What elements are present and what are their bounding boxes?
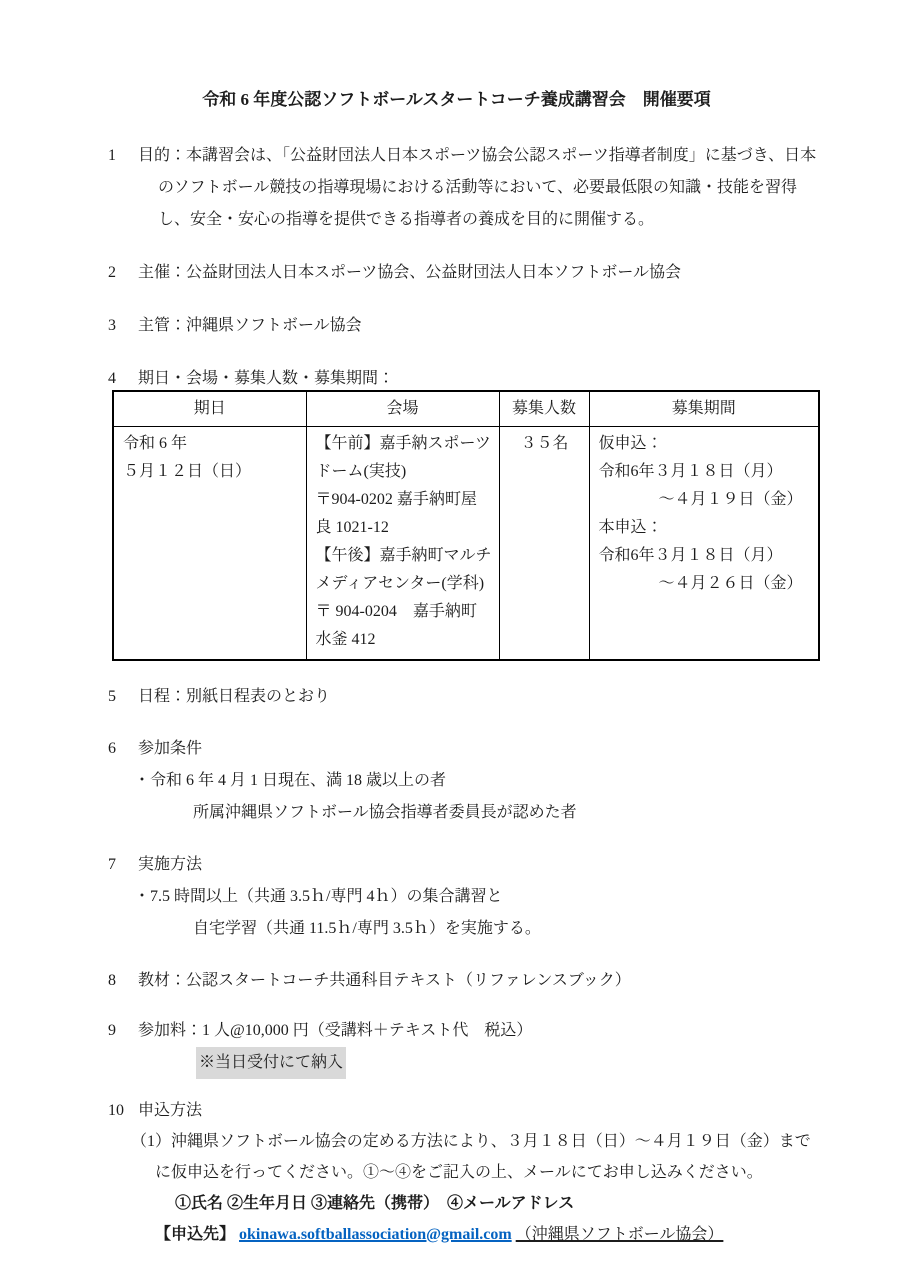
application-para-line-1: 沖縄県ソフトボール協会の定める方法により、３月１８日（日）～４月１９日（金）まで <box>171 1126 825 1157</box>
application-step-1: （1） 沖縄県ソフトボール協会の定める方法により、３月１８日（日）～４月１９日（… <box>131 1126 825 1188</box>
period-line: ～４月１９日（金） <box>599 486 811 514</box>
cell-capacity: ３５名 <box>499 427 589 661</box>
section-method: 7 実施方法 ・7.5 時間以上（共通 3.5ｈ/専門 4ｈ）の集合講習と 自宅… <box>108 849 825 945</box>
schedule-table: 期日 会場 募集人数 募集期間 令和 6 年 ５月１２日（日） 【午前】嘉手納ス… <box>112 390 820 661</box>
materials-text: 教材：公認スタートコーチ共通科目テキスト（リファレンスブック） <box>138 965 825 997</box>
capacity-value: ３５名 <box>509 430 581 458</box>
header-date: 期日 <box>113 391 306 427</box>
host-text: 主催：公益財団法人日本スポーツ協会、公益財団法人日本ソフトボール協会 <box>138 257 825 289</box>
purpose-line-2: のソフトボール競技の指導現場における活動等において、必要最低限の知識・技能を習得 <box>138 172 825 204</box>
section-number: 5 <box>108 681 138 713</box>
period-line: ～４月２６日（金） <box>599 570 811 598</box>
event-info-text: 期日・会場・募集人数・募集期間： <box>138 363 825 395</box>
fee-text: 参加料：1 人@10,000 円（受講料＋テキスト代 税込） <box>138 1015 825 1047</box>
application-email-link[interactable]: okinawa.softballassociation@gmail.com <box>239 1226 512 1243</box>
table-row: 令和 6 年 ５月１２日（日） 【午前】嘉手納スポーツ ドーム(実技) 〒904… <box>113 427 819 661</box>
eligibility-heading: 参加条件 <box>138 733 825 765</box>
venue-line: 〒904-0202 嘉手納町屋 <box>316 486 491 514</box>
header-venue: 会場 <box>306 391 499 427</box>
venue-line: 【午前】嘉手納スポーツ <box>316 430 491 458</box>
eligibility-note: 所属沖縄県ソフトボール協会指導者委員長が認めた者 <box>193 797 825 829</box>
section-number: 8 <box>108 965 138 997</box>
fee-note-highlight: ※当日受付にて納入 <box>196 1047 346 1079</box>
venue-line: ドーム(実技) <box>316 458 491 486</box>
cell-date: 令和 6 年 ５月１２日（日） <box>113 427 306 661</box>
period-line: 本申込： <box>599 514 811 542</box>
application-required-fields: ①氏名 ②生年月日 ③連絡先（携帯） ④メールアドレス <box>175 1188 825 1219</box>
venue-line: 【午後】嘉手納町マルチ <box>316 542 491 570</box>
section-number: 2 <box>108 257 138 289</box>
venue-line: 水釜 412 <box>316 626 491 654</box>
date-line: 令和 6 年 <box>123 430 298 458</box>
section-materials: 8 教材：公認スタートコーチ共通科目テキスト（リファレンスブック） <box>108 965 825 997</box>
document-title: 令和 6 年度公認ソフトボールスタートコーチ養成講習会 開催要項 <box>88 84 825 116</box>
application-apply-to: 【申込先】 okinawa.softballassociation@gmail.… <box>155 1219 825 1250</box>
apply-to-label: 【申込先】 <box>155 1226 235 1243</box>
purpose-line-1: 目的：本講習会は、「公益財団法人日本スポーツ協会公認スポーツ指導者制度」に基づき… <box>138 140 825 172</box>
cell-venue: 【午前】嘉手納スポーツ ドーム(実技) 〒904-0202 嘉手納町屋 良 10… <box>306 427 499 661</box>
application-email-suffix: （沖縄県ソフトボール協会） <box>516 1226 724 1243</box>
section-purpose: 1 目的：本講習会は、「公益財団法人日本スポーツ協会公認スポーツ指導者制度」に基… <box>108 140 825 236</box>
application-para-line-2: に仮申込を行ってください。①～④をご記入の上、メールにてお申し込みください。 <box>155 1157 825 1188</box>
section-application: 10 申込方法 （1） 沖縄県ソフトボール協会の定める方法により、３月１８日（日… <box>108 1095 825 1250</box>
method-bullet: ・7.5 時間以上（共通 3.5ｈ/専門 4ｈ）の集合講習と <box>134 881 825 913</box>
application-heading: 申込方法 <box>138 1095 202 1126</box>
section-fee: 9 参加料：1 人@10,000 円（受講料＋テキスト代 税込） ※当日受付にて… <box>108 1015 825 1079</box>
section-number: 10 <box>108 1095 138 1126</box>
period-line: 令和6年３月１８日（月） <box>599 542 811 570</box>
period-line: 令和6年３月１８日（月） <box>599 458 811 486</box>
section-number: 3 <box>108 310 138 342</box>
period-line: 仮申込： <box>599 430 811 458</box>
section-eligibility: 6 参加条件 ・令和 6 年 4 月 1 日現在、満 18 歳以上の者 所属沖縄… <box>108 733 825 829</box>
section-number: 9 <box>108 1015 138 1079</box>
section-event-info: 4 期日・会場・募集人数・募集期間： <box>108 363 825 395</box>
document-page: 令和 6 年度公認ソフトボールスタートコーチ養成講習会 開催要項 1 目的：本講… <box>0 0 905 1280</box>
method-note: 自宅学習（共通 11.5ｈ/専門 3.5ｈ）を実施する。 <box>193 913 825 945</box>
venue-line: 良 1021-12 <box>316 514 491 542</box>
cell-period: 仮申込： 令和6年３月１８日（月） ～４月１９日（金） 本申込： 令和6年３月１… <box>589 427 819 661</box>
section-number: 1 <box>108 140 138 236</box>
header-period: 募集期間 <box>589 391 819 427</box>
purpose-line-3: し、安全・安心の指導を提供できる指導者の養成を目的に開催する。 <box>138 204 825 236</box>
section-host: 2 主催：公益財団法人日本スポーツ協会、公益財団法人日本ソフトボール協会 <box>108 257 825 289</box>
method-heading: 実施方法 <box>138 849 825 881</box>
itinerary-text: 日程：別紙日程表のとおり <box>138 681 825 713</box>
table-header-row: 期日 会場 募集人数 募集期間 <box>113 391 819 427</box>
section-organizer: 3 主管：沖縄県ソフトボール協会 <box>108 310 825 342</box>
date-line: ５月１２日（日） <box>123 458 298 486</box>
venue-line: メディアセンター(学科) <box>316 570 491 598</box>
venue-line: 〒 904-0204 嘉手納町 <box>316 598 491 626</box>
fee-note-row: ※当日受付にて納入 <box>196 1047 825 1079</box>
header-capacity: 募集人数 <box>499 391 589 427</box>
section-itinerary: 5 日程：別紙日程表のとおり <box>108 681 825 713</box>
organizer-text: 主管：沖縄県ソフトボール協会 <box>138 310 825 342</box>
eligibility-bullet: ・令和 6 年 4 月 1 日現在、満 18 歳以上の者 <box>134 765 825 797</box>
section-number: 4 <box>108 363 138 395</box>
